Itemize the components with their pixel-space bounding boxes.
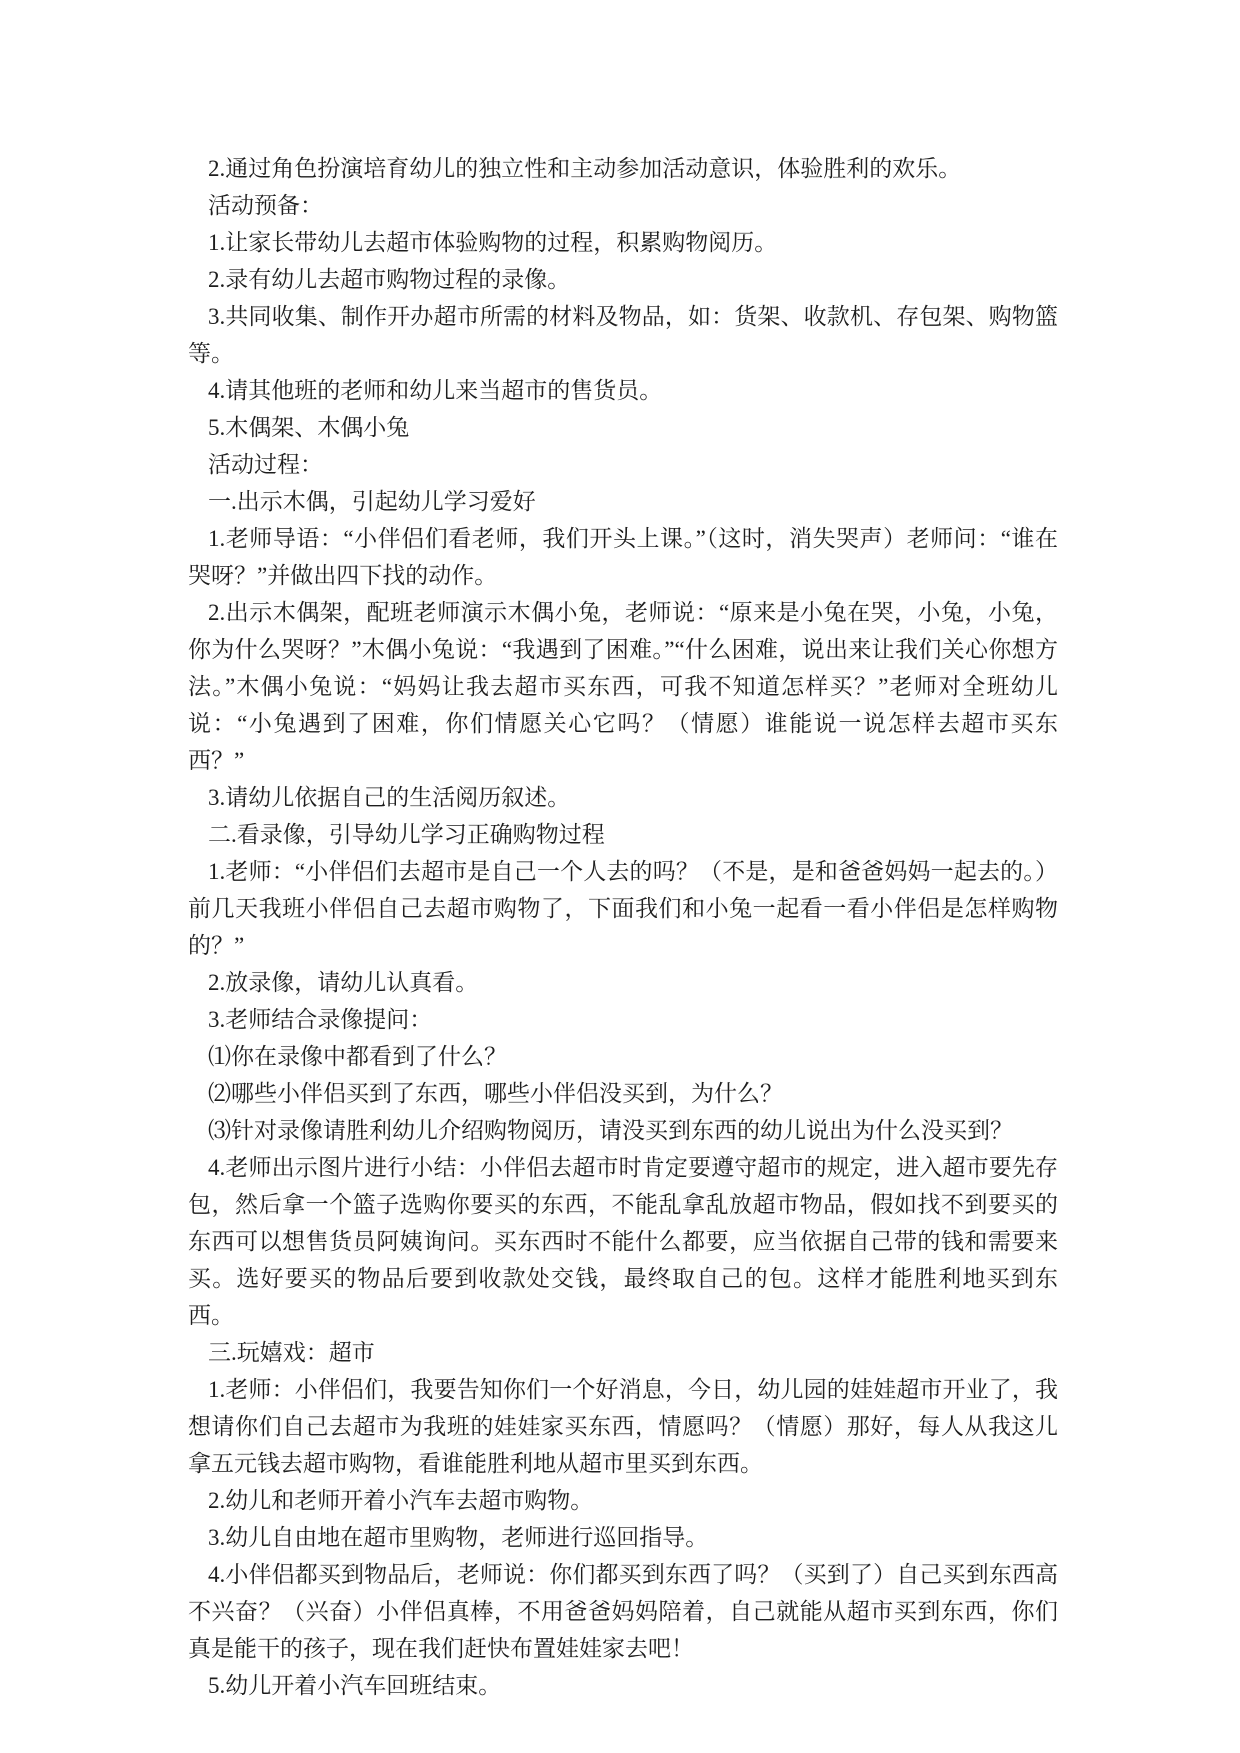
- paragraph: 4.老师出示图片进行小结：小伴侣去超市时肯定要遵守超市的规定，进入超市要先存包，…: [188, 1149, 1058, 1334]
- paragraph: 5.木偶架、木偶小兔: [188, 409, 1058, 446]
- document-content: 2.通过角色扮演培育幼儿的独立性和主动参加活动意识，体验胜利的欢乐。 活动预备：…: [188, 150, 1058, 1704]
- paragraph: 4.请其他班的老师和幼儿来当超市的售货员。: [188, 372, 1058, 409]
- paragraph: 1.老师：小伴侣们，我要告知你们一个好消息，今日，幼儿园的娃娃超市开业了，我想请…: [188, 1371, 1058, 1482]
- paragraph: 1.老师：“小伴侣们去超市是自己一个人去的吗？（不是，是和爸爸妈妈一起去的。）前…: [188, 853, 1058, 964]
- paragraph: 2.通过角色扮演培育幼儿的独立性和主动参加活动意识，体验胜利的欢乐。: [188, 150, 1058, 187]
- paragraph: 3.老师结合录像提问：: [188, 1001, 1058, 1038]
- paragraph: 2.幼儿和老师开着小汽车去超市购物。: [188, 1482, 1058, 1519]
- document-page: 2.通过角色扮演培育幼儿的独立性和主动参加活动意识，体验胜利的欢乐。 活动预备：…: [0, 0, 1240, 1753]
- paragraph: 5.幼儿开着小汽车回班结束。: [188, 1667, 1058, 1704]
- paragraph: ⑵哪些小伴侣买到了东西，哪些小伴侣没买到，为什么？: [188, 1075, 1058, 1112]
- paragraph: 2.录有幼儿去超市购物过程的录像。: [188, 261, 1058, 298]
- paragraph: 三.玩嬉戏：超市: [188, 1334, 1058, 1371]
- paragraph: 4.小伴侣都买到物品后，老师说：你们都买到东西了吗？（买到了）自己买到东西高不兴…: [188, 1556, 1058, 1667]
- paragraph: 一.出示木偶，引起幼儿学习爱好: [188, 483, 1058, 520]
- paragraph: 二.看录像，引导幼儿学习正确购物过程: [188, 816, 1058, 853]
- paragraph: 3.请幼儿依据自己的生活阅历叙述。: [188, 779, 1058, 816]
- paragraph: ⑶针对录像请胜利幼儿介绍购物阅历，请没买到东西的幼儿说出为什么没买到？: [188, 1112, 1058, 1149]
- paragraph: 活动预备：: [188, 187, 1058, 224]
- paragraph: ⑴你在录像中都看到了什么？: [188, 1038, 1058, 1075]
- paragraph: 活动过程：: [188, 446, 1058, 483]
- paragraph: 3.共同收集、制作开办超市所需的材料及物品，如：货架、收款机、存包架、购物篮等。: [188, 298, 1058, 372]
- paragraph: 2.放录像，请幼儿认真看。: [188, 964, 1058, 1001]
- paragraph: 1.让家长带幼儿去超市体验购物的过程，积累购物阅历。: [188, 224, 1058, 261]
- paragraph: 1.老师导语：“小伴侣们看老师，我们开头上课。”（这时，消失哭声）老师问：“谁在…: [188, 520, 1058, 594]
- paragraph: 3.幼儿自由地在超市里购物，老师进行巡回指导。: [188, 1519, 1058, 1556]
- paragraph: 2.出示木偶架，配班老师演示木偶小兔，老师说：“原来是小兔在哭，小兔，小兔，你为…: [188, 594, 1058, 779]
